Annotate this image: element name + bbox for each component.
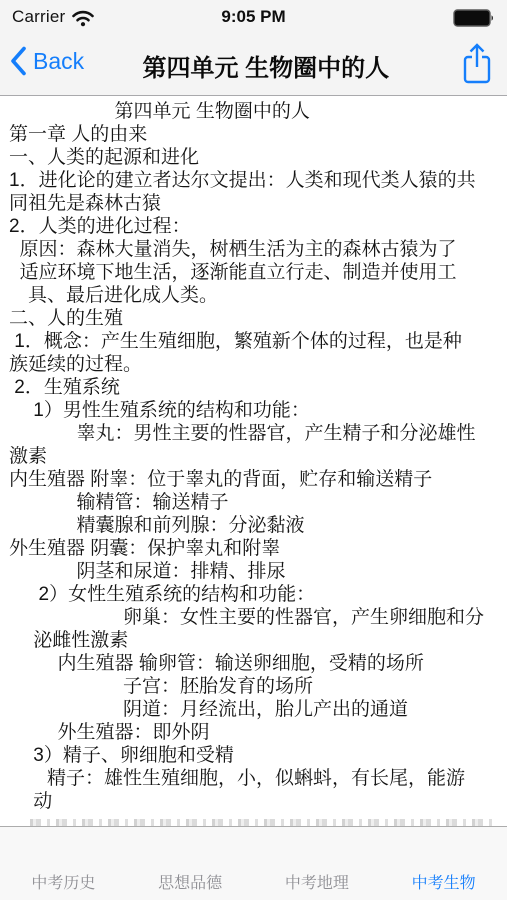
content-line: 原因：森林大量消失，树栖生活为主的森林古猿为了	[9, 238, 499, 261]
tab-label: 思想品德	[158, 870, 222, 893]
content-line: 第四单元 生物圈中的人	[9, 100, 499, 123]
tab-zhongkao-lishi[interactable]: 中考历史	[0, 827, 127, 900]
content-line: 1）男性生殖系统的结构和功能：	[9, 399, 499, 422]
content-line: 适应环境下地生活，逐渐能直立行走、制造并使用工	[9, 261, 499, 284]
back-button[interactable]: Back	[10, 46, 84, 76]
content-line: 外生殖器：即外阴	[9, 721, 499, 744]
back-button-label: Back	[33, 48, 84, 75]
tab-sixiang-pinde[interactable]: 思想品德	[127, 827, 254, 900]
app-screen: Carrier 9:05 PM Back	[0, 0, 507, 900]
clipped-text-fragments	[30, 819, 496, 826]
clock-label: 9:05 PM	[0, 7, 507, 27]
tab-zhongkao-dili[interactable]: 中考地理	[254, 827, 381, 900]
content-line: 同祖先是森林古猿	[9, 192, 499, 215]
content-line: 睾丸：男性主要的性器官，产生精子和分泌雄性	[9, 422, 499, 445]
content-line: 一、人类的起源和进化	[9, 146, 499, 169]
tab-zhongkao-shengwu[interactable]: 中考生物	[380, 827, 507, 900]
content-line: 动	[9, 790, 499, 813]
content-line: 精子：雄性生殖细胞，小，似蝌蚪，有长尾，能游	[9, 767, 499, 790]
page-title: 第四单元 生物圈中的人	[142, 48, 389, 83]
content-line: 1．概念：产生生殖细胞，繁殖新个体的过程，也是种	[9, 330, 499, 353]
content-line: 3）精子、卵细胞和受精	[9, 744, 499, 767]
content-line: 1．进化论的建立者达尔文提出：人类和现代类人猿的共	[9, 169, 499, 192]
content-line: 泌雌性激素	[9, 629, 499, 652]
tab-label: 中考生物	[412, 870, 476, 893]
content-line: 阴茎和尿道：排精、排尿	[9, 560, 499, 583]
tab-bar: 中考历史 思想品德 中考地理 中考生物	[0, 826, 507, 900]
content-line: 2）女性生殖系统的结构和功能：	[9, 583, 499, 606]
tab-label: 中考历史	[31, 870, 95, 893]
content-line: 内生殖器 附睾：位于睾丸的背面，贮存和输送精子	[9, 468, 499, 491]
content-line: 输精管：输送精子	[9, 491, 499, 514]
share-icon	[461, 42, 493, 86]
content-line: 具、最后进化成人类。	[9, 284, 499, 307]
content-line: 卵巢：女性主要的性器官，产生卵细胞和分	[9, 606, 499, 629]
share-button[interactable]	[461, 42, 493, 86]
content-line: 激素	[9, 445, 499, 468]
status-bar: Carrier 9:05 PM	[0, 0, 507, 34]
content-line: 外生殖器 阴囊：保护睾丸和附睾	[9, 537, 499, 560]
chevron-left-icon	[10, 46, 27, 76]
content-line: 2．人类的进化过程：	[9, 215, 499, 238]
content-scroll-area[interactable]: 第四单元 生物圈中的人 第一章 人的由来 一、人类的起源和进化 1．进化论的建立…	[0, 96, 507, 900]
content-line: 阴道：月经流出，胎儿产出的通道	[9, 698, 499, 721]
content-line: 第一章 人的由来	[9, 123, 499, 146]
tab-label: 中考地理	[285, 870, 349, 893]
content-line: 内生殖器 输卵管：输送卵细胞，受精的场所	[9, 652, 499, 675]
content-line: 精囊腺和前列腺：分泌黏液	[9, 514, 499, 537]
navigation-bar: Back 第四单元 生物圈中的人	[0, 34, 507, 95]
content-line: 族延续的过程。	[9, 353, 499, 376]
content-line: 2．生殖系统	[9, 376, 499, 399]
top-chrome: Carrier 9:05 PM Back	[0, 0, 507, 96]
content-line: 二、人的生殖	[9, 307, 499, 330]
content-line: 子宫：胚胎发育的场所	[9, 675, 499, 698]
